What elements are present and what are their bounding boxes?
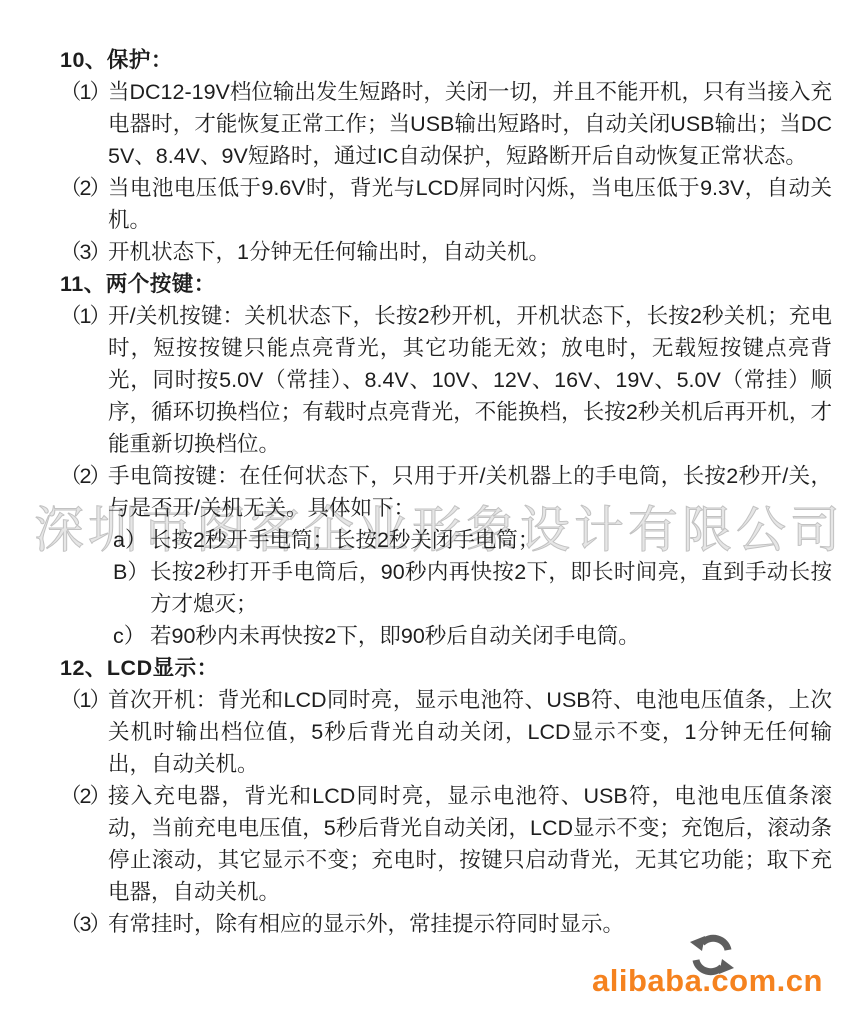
- subitem-text: 若90秒内未再快按2下，即90秒后自动关闭手电筒。: [150, 620, 832, 652]
- item-text: 开/关机按键：关机状态下，长按2秒开机，开机状态下，长按2秒关机；充电时，短按按…: [108, 300, 832, 460]
- section-heading: 12、 LCD显示：: [60, 652, 832, 684]
- section-number: 11、: [60, 268, 106, 300]
- subitem-text: 长按2秒打开手电筒后，90秒内再快按2下，即长时间亮，直到手动长按方才熄灭；: [150, 556, 832, 620]
- item-label: （2）: [60, 172, 108, 236]
- subitem-text: 长按2秒开手电筒；长按2秒关闭手电筒；: [150, 524, 832, 556]
- item-text: 接入充电器，背光和LCD同时亮，显示电池符、USB符，电池电压值条滚动，当前充电…: [108, 780, 832, 908]
- manual-content: 10、 保护： （1） 当DC12-19V档位输出发生短路时，关闭一切，并且不能…: [60, 44, 832, 940]
- item-label: （3）: [60, 908, 108, 940]
- item-text: 手电筒按键：在任何状态下，只用于开/关机器上的手电筒，长按2秒开/关，与是否开/…: [108, 460, 832, 524]
- section-protection: 10、 保护： （1） 当DC12-19V档位输出发生短路时，关闭一切，并且不能…: [60, 44, 832, 268]
- item-text: 当DC12-19V档位输出发生短路时，关闭一切，并且不能开机，只有当接入充电器时…: [108, 76, 832, 172]
- sub-list-item: a） 长按2秒开手电筒；长按2秒关闭手电筒；: [113, 524, 832, 556]
- item-text: 当电池电压低于9.6V时，背光与LCD屏同时闪烁，当电压低于9.3V，自动关机。: [108, 172, 832, 236]
- item-label: （1）: [60, 76, 108, 172]
- item-label: （3）: [60, 236, 108, 268]
- item-text: 首次开机：背光和LCD同时亮，显示电池符、USB符、电池电压值条，上次关机时输出…: [108, 684, 832, 780]
- section-heading: 11、 两个按键：: [60, 268, 832, 300]
- item-label: （1）: [60, 684, 108, 780]
- subitem-label: B）: [113, 556, 150, 620]
- sub-list-item: B） 长按2秒打开手电筒后，90秒内再快按2下，即长时间亮，直到手动长按方才熄灭…: [113, 556, 832, 620]
- section-number: 12、: [60, 652, 107, 684]
- item-text-group: 手电筒按键：在任何状态下，只用于开/关机器上的手电筒，长按2秒开/关，与是否开/…: [108, 460, 832, 652]
- item-text: 开机状态下，1分钟无任何输出时，自动关机。: [108, 236, 832, 268]
- list-item: （2） 接入充电器，背光和LCD同时亮，显示电池符、USB符，电池电压值条滚动，…: [60, 780, 832, 908]
- subitem-label: c）: [113, 620, 150, 652]
- section-lcd-display: 12、 LCD显示： （1） 首次开机：背光和LCD同时亮，显示电池符、USB符…: [60, 652, 832, 940]
- list-item: （1） 开/关机按键：关机状态下，长按2秒开机，开机状态下，长按2秒关机；充电时…: [60, 300, 832, 460]
- section-number: 10、: [60, 44, 107, 76]
- list-item: （2） 当电池电压低于9.6V时，背光与LCD屏同时闪烁，当电压低于9.3V，自…: [60, 172, 832, 236]
- item-label: （1）: [60, 300, 108, 460]
- section-heading: 10、 保护：: [60, 44, 832, 76]
- section-title: 保护：: [107, 44, 173, 76]
- alibaba-logo: alibaba.com.cn: [592, 963, 823, 999]
- section-title: 两个按键：: [106, 268, 216, 300]
- section-buttons: 11、 两个按键： （1） 开/关机按键：关机状态下，长按2秒开机，开机状态下，…: [60, 268, 832, 652]
- list-item: （1） 当DC12-19V档位输出发生短路时，关闭一切，并且不能开机，只有当接入…: [60, 76, 832, 172]
- list-item: （3） 开机状态下，1分钟无任何输出时，自动关机。: [60, 236, 832, 268]
- list-item: （2） 手电筒按键：在任何状态下，只用于开/关机器上的手电筒，长按2秒开/关，与…: [60, 460, 832, 652]
- item-label: （2）: [60, 460, 108, 652]
- subitem-label: a）: [113, 524, 150, 556]
- sub-list-item: c） 若90秒内未再快按2下，即90秒后自动关闭手电筒。: [113, 620, 832, 652]
- document-page: 深圳市图客企业形象设计有限公司 10、 保护： （1） 当DC12-19V档位输…: [0, 0, 849, 1023]
- section-title: LCD显示：: [107, 652, 219, 684]
- list-item: （1） 首次开机：背光和LCD同时亮，显示电池符、USB符、电池电压值条，上次关…: [60, 684, 832, 780]
- item-label: （2）: [60, 780, 108, 908]
